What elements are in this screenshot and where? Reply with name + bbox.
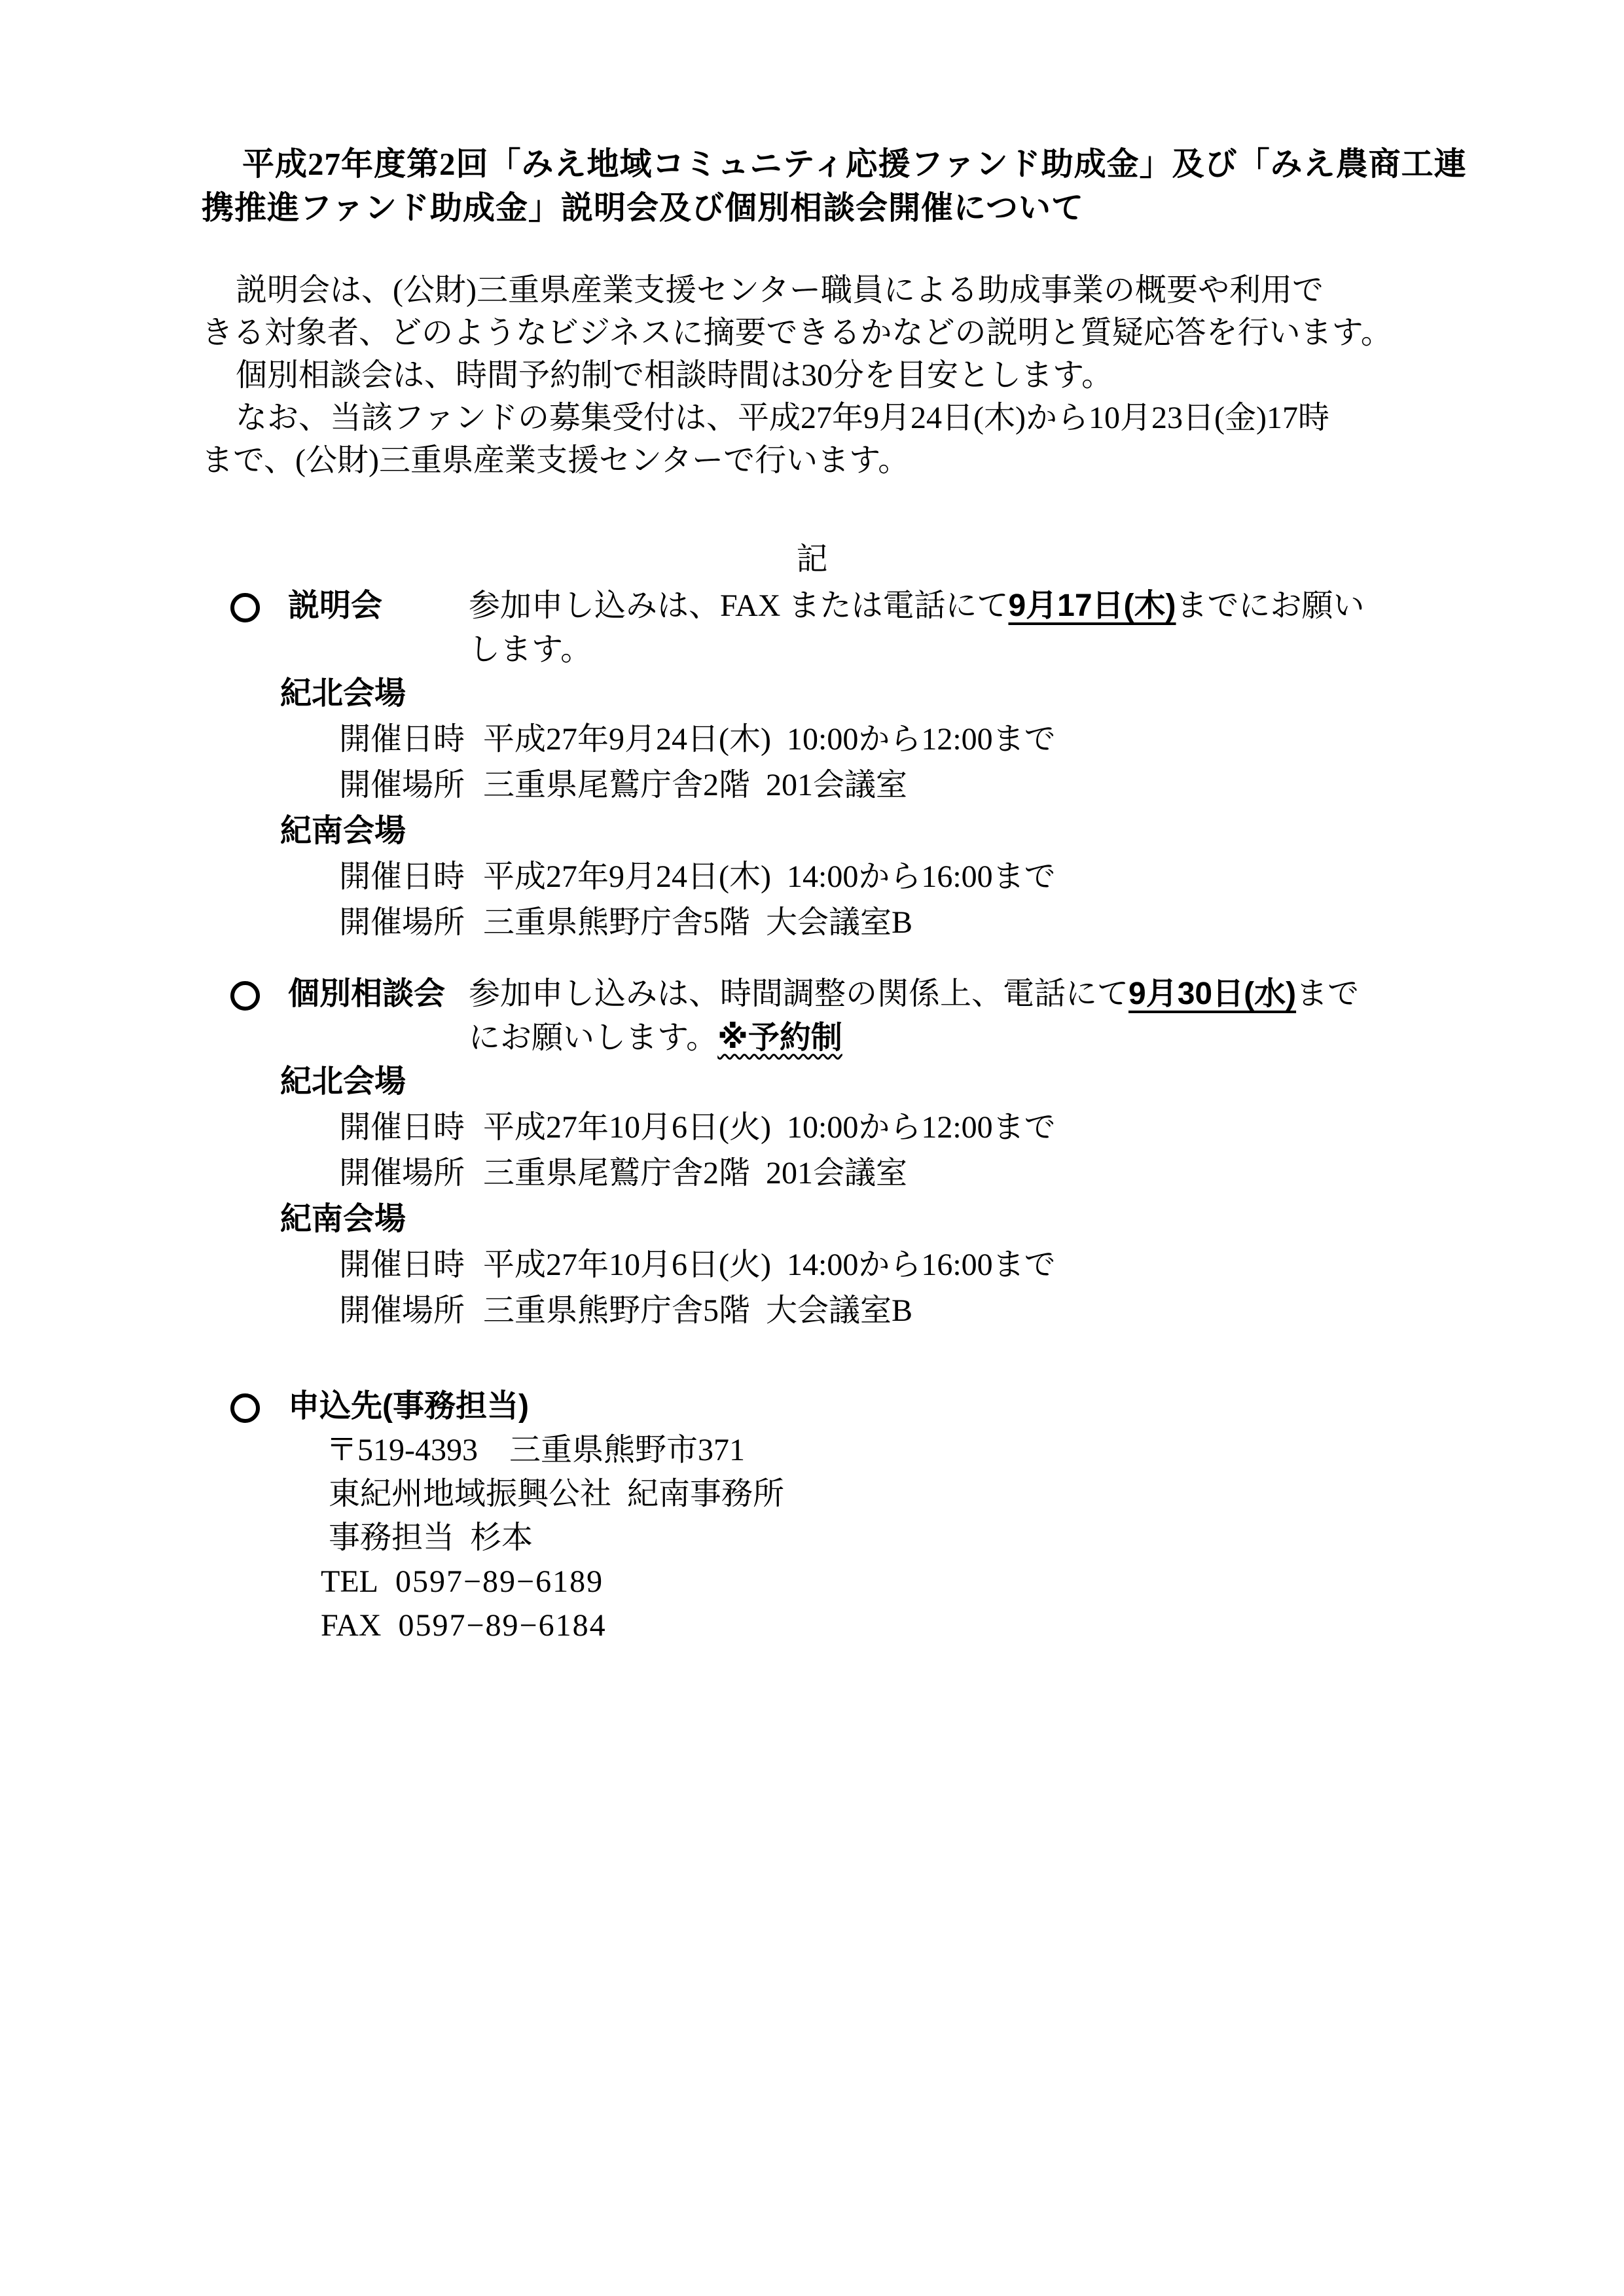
circle-bullet-icon [230, 593, 260, 622]
datetime-label: 開催日時 [339, 859, 465, 894]
contact-staff: 事務担当 杉本 [329, 1519, 533, 1557]
setsumeikai-application-line-1: 参加申し込みは、FAX または電話にて9月17日(木)までにお願い [469, 587, 1365, 625]
sodankai-application-prefix: 参加申し込みは、時間調整の関係上、電話にて [469, 977, 1128, 1011]
setsumeikai-application-suffix: までにお願い [1176, 588, 1365, 623]
place-value: 三重県尾鷲庁舎2階 201会議室 [483, 1156, 907, 1191]
setsumeikai-kinan-place-row: 開催場所三重県熊野庁舎5階 大会議室B [339, 904, 912, 942]
setsumeikai-kihoku-venue-heading: 紀北会場 [280, 675, 406, 713]
intro-paragraph-line-1: 説明会は、(公財)三重県産業支援センター職員による助成事業の概要や利用で [236, 272, 1324, 310]
place-label: 開催場所 [339, 768, 465, 802]
datetime-value: 平成27年9月24日(木) 10:00から12:00まで [483, 722, 1056, 757]
datetime-label: 開催日時 [339, 722, 465, 757]
document-title-line-2: 携推進ファンド助成金」説明会及び個別相談会開催について [202, 189, 1084, 228]
intro-paragraph-line-2: きる対象者、どのようなビジネスに摘要できるかなどの説明と質疑応答を行います。 [202, 314, 1392, 352]
setsumeikai-application-line-2: します。 [469, 631, 592, 669]
contact-fax-row: FAX0597−89−6184 [321, 1607, 607, 1645]
sodankai-application-line-2: にお願いします。※予約制 [469, 1019, 842, 1057]
datetime-value: 平成27年10月6日(火) 14:00から16:00まで [483, 1247, 1056, 1282]
sodankai-kinan-venue-heading: 紀南会場 [280, 1200, 406, 1238]
fax-number: 0597−89−6184 [398, 1608, 606, 1643]
setsumeikai-kihoku-datetime-row: 開催日時平成27年9月24日(木) 10:00から12:00まで [339, 721, 1056, 759]
datetime-label: 開催日時 [339, 1247, 465, 1282]
place-label: 開催場所 [339, 905, 465, 940]
document-title-line-1: 平成27年度第2回「みえ地域コミュニティ応援ファンド助成金」及び「みえ農商工連 [242, 145, 1467, 184]
setsumeikai-kinan-venue-heading: 紀南会場 [280, 812, 406, 850]
contact-organization: 東紀州地域振興公社 紀南事務所 [329, 1475, 784, 1513]
intro-paragraph-line-4: なお、当該ファンドの募集受付は、平成27年9月24日(木)から10月23日(金)… [236, 399, 1329, 437]
contact-postal-address: 〒519-4393 三重県熊野市371 [326, 1431, 745, 1469]
datetime-value: 平成27年9月24日(木) 14:00から16:00まで [483, 859, 1056, 894]
tel-number: 0597−89−6189 [395, 1564, 604, 1599]
place-value: 三重県尾鷲庁舎2階 201会議室 [483, 768, 907, 802]
sodankai-kinan-datetime-row: 開催日時平成27年10月6日(火) 14:00から16:00まで [339, 1246, 1056, 1284]
sodankai-kihoku-venue-heading: 紀北会場 [280, 1063, 406, 1101]
sodankai-application-line-1: 参加申し込みは、時間調整の関係上、電話にて9月30日(水)まで [469, 975, 1359, 1013]
sodankai-application-deadline: 9月30日(水) [1128, 977, 1296, 1011]
datetime-value: 平成27年10月6日(火) 10:00から12:00まで [483, 1110, 1056, 1145]
place-label: 開催場所 [339, 1293, 465, 1328]
section-heading-moshikomisaki: 申込先(事務担当) [288, 1388, 529, 1426]
circle-bullet-icon [230, 1393, 260, 1423]
sodankai-reservation-note: ※予約制 [717, 1020, 842, 1055]
notice-marker: 記 [0, 541, 1624, 579]
setsumeikai-kinan-datetime-row: 開催日時平成27年9月24日(木) 14:00から16:00まで [339, 858, 1056, 896]
place-value: 三重県熊野庁舎5階 大会議室B [483, 1293, 912, 1328]
setsumeikai-application-deadline: 9月17日(木) [1008, 588, 1176, 623]
sodankai-kihoku-datetime-row: 開催日時平成27年10月6日(火) 10:00から12:00まで [339, 1109, 1056, 1147]
document-page: 平成27年度第2回「みえ地域コミュニティ応援ファンド助成金」及び「みえ農商工連 … [0, 0, 1624, 2296]
tel-label: TEL [321, 1564, 378, 1599]
setsumeikai-kihoku-place-row: 開催場所三重県尾鷲庁舎2階 201会議室 [339, 766, 907, 804]
setsumeikai-application-prefix: 参加申し込みは、FAX または電話にて [469, 588, 1008, 623]
place-value: 三重県熊野庁舎5階 大会議室B [483, 905, 912, 940]
intro-paragraph-line-5: まで、(公財)三重県産業支援センターで行います。 [202, 442, 909, 480]
section-heading-setsumeikai: 説明会 [288, 587, 382, 625]
sodankai-kinan-place-row: 開催場所三重県熊野庁舎5階 大会議室B [339, 1292, 912, 1330]
place-label: 開催場所 [339, 1156, 465, 1191]
section-heading-kobetsu-sodankai: 個別相談会 [288, 975, 445, 1013]
contact-tel-row: TEL0597−89−6189 [321, 1563, 604, 1601]
sodankai-application-suffix: まで [1296, 977, 1359, 1011]
intro-paragraph-line-3: 個別相談会は、時間予約制で相談時間は30分を目安とします。 [236, 357, 1113, 395]
sodankai-application-continuation: にお願いします。 [469, 1020, 717, 1055]
fax-label: FAX [321, 1608, 381, 1643]
sodankai-kihoku-place-row: 開催場所三重県尾鷲庁舎2階 201会議室 [339, 1155, 907, 1193]
datetime-label: 開催日時 [339, 1110, 465, 1145]
circle-bullet-icon [230, 981, 260, 1011]
